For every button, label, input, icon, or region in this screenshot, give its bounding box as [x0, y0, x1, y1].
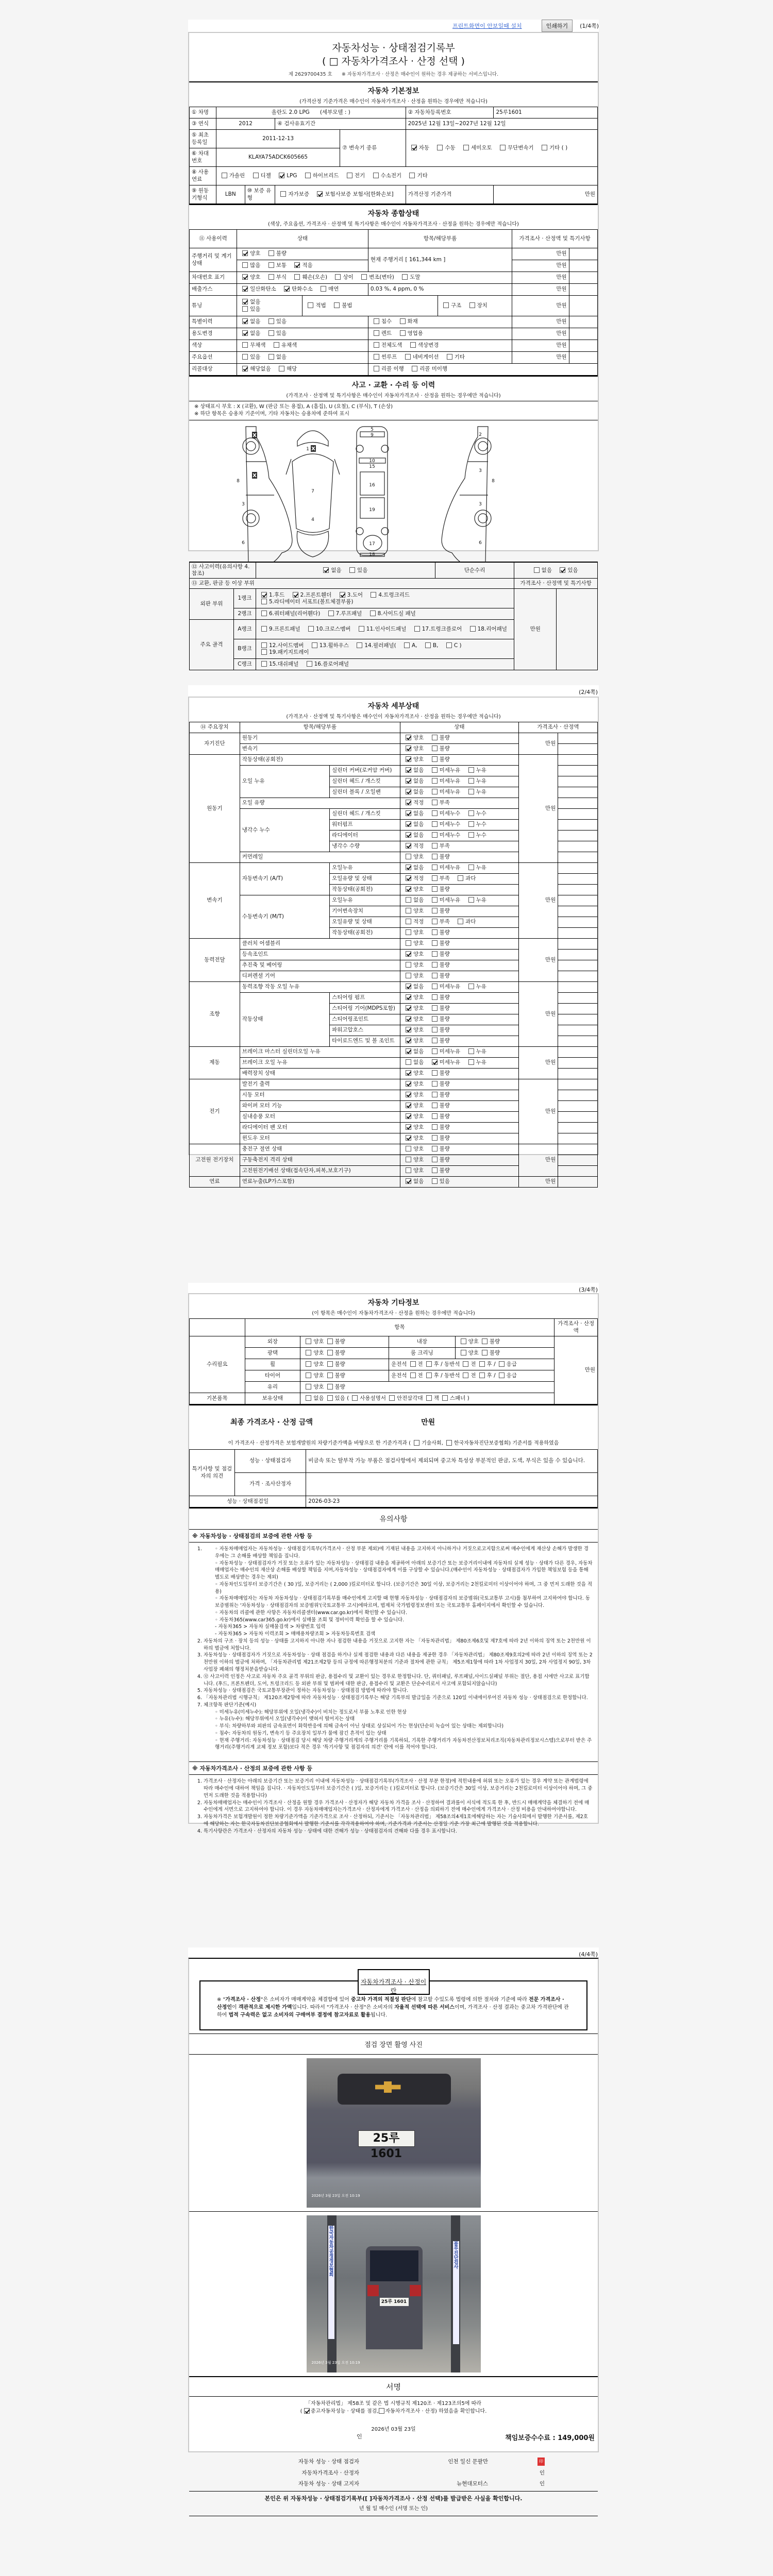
checkbox-option[interactable]: 있음: [239, 306, 297, 313]
checkbox-option[interactable]: 10.크로스멤버: [305, 626, 350, 632]
unchecked-checkbox-icon[interactable]: [371, 592, 376, 598]
checkbox-option[interactable]: 13.휠하우스: [309, 642, 349, 649]
checkbox-option[interactable]: 불량: [429, 1038, 450, 1044]
checkbox-option[interactable]: 있음: [557, 567, 578, 573]
checked-checkbox-icon[interactable]: [340, 592, 345, 598]
checkbox-option[interactable]: 양호: [402, 994, 424, 1001]
unchecked-checkbox-icon[interactable]: [432, 1124, 438, 1130]
unchecked-checkbox-icon[interactable]: [432, 854, 438, 859]
checked-checkbox-icon[interactable]: [406, 756, 411, 762]
checked-checkbox-icon[interactable]: [406, 1070, 411, 1076]
checkbox-option[interactable]: 도말: [399, 274, 420, 280]
unchecked-checkbox-icon[interactable]: [222, 173, 227, 178]
unchecked-checkbox-icon[interactable]: [432, 994, 438, 1000]
checked-checkbox-icon[interactable]: [294, 262, 300, 268]
checked-checkbox-icon[interactable]: [406, 1178, 411, 1184]
checkbox-option[interactable]: 훼손(오손): [291, 274, 327, 280]
unchecked-checkbox-icon[interactable]: [374, 366, 379, 371]
checkbox-option[interactable]: 양호: [402, 745, 424, 752]
unchecked-checkbox-icon[interactable]: [468, 984, 474, 989]
unchecked-checkbox-icon[interactable]: [321, 286, 326, 292]
checkbox-option[interactable]: 누유: [465, 984, 486, 990]
unchecked-checkbox-icon[interactable]: [402, 274, 408, 280]
unchecked-checkbox-icon[interactable]: [469, 302, 475, 308]
unchecked-checkbox-icon[interactable]: [432, 1135, 438, 1141]
checkbox-option[interactable]: 불량: [429, 756, 450, 762]
unchecked-checkbox-icon[interactable]: [437, 145, 443, 150]
unchecked-checkbox-icon[interactable]: [268, 274, 274, 280]
checkbox-option[interactable]: 없음: [265, 354, 287, 360]
checkbox-option[interactable]: 있음: [265, 330, 287, 336]
checkbox-option[interactable]: 자가보증: [277, 191, 309, 197]
unchecked-checkbox-icon[interactable]: [432, 843, 438, 849]
checkbox-option[interactable]: 1.후드: [258, 592, 284, 598]
checkbox-option[interactable]: 4.트렁크리드: [367, 592, 410, 598]
checked-checkbox-icon[interactable]: [406, 1016, 411, 1022]
unchecked-checkbox-icon[interactable]: [268, 330, 274, 336]
checkbox-option[interactable]: 양호: [402, 1167, 424, 1174]
unchecked-checkbox-icon[interactable]: [374, 318, 379, 324]
checked-checkbox-icon[interactable]: [406, 810, 411, 816]
unchecked-checkbox-icon[interactable]: [374, 330, 379, 336]
checkbox-option[interactable]: 유채색: [271, 342, 297, 348]
checked-checkbox-icon[interactable]: [242, 250, 248, 256]
checkbox-option[interactable]: 양호: [402, 1081, 424, 1087]
checkbox-option[interactable]: 썬루프: [371, 354, 397, 360]
unchecked-checkbox-icon[interactable]: [542, 145, 547, 150]
checkbox-option[interactable]: 화재: [397, 318, 418, 325]
checkbox-option[interactable]: 양호: [402, 929, 424, 936]
unchecked-checkbox-icon[interactable]: [308, 626, 314, 632]
checkbox-option[interactable]: 양호: [402, 973, 424, 979]
unchecked-checkbox-icon[interactable]: [432, 735, 438, 740]
checkbox-option[interactable]: 양호: [402, 1157, 424, 1163]
checkbox-option[interactable]: 미세누유: [429, 789, 461, 795]
unchecked-checkbox-icon[interactable]: [357, 642, 362, 648]
checkbox-option[interactable]: 수소전기: [370, 173, 402, 179]
unchecked-checkbox-icon[interactable]: [373, 173, 379, 178]
checkbox-option[interactable]: 16.플로어패널: [304, 661, 349, 667]
checkbox-option[interactable]: 누유: [465, 897, 486, 903]
checkbox-option[interactable]: 불량: [429, 745, 450, 752]
unchecked-checkbox-icon[interactable]: [458, 919, 463, 924]
checkbox-option[interactable]: 누유: [465, 789, 486, 795]
checkbox-option[interactable]: 부족: [429, 875, 450, 882]
unchecked-checkbox-icon[interactable]: [468, 810, 474, 816]
checked-checkbox-icon[interactable]: [293, 592, 298, 598]
checkbox-option[interactable]: 14.필러패널(: [354, 642, 396, 649]
unchecked-checkbox-icon[interactable]: [432, 1103, 438, 1108]
checkbox-option[interactable]: C ): [443, 642, 462, 649]
unchecked-checkbox-icon[interactable]: [242, 354, 248, 360]
checked-checkbox-icon[interactable]: [406, 1135, 411, 1141]
checkbox-option[interactable]: 8.사이드실 패널: [367, 611, 416, 617]
checkbox-option[interactable]: 없음: [402, 1059, 424, 1065]
checkbox-option[interactable]: 색상변경: [407, 342, 439, 348]
unchecked-checkbox-icon[interactable]: [432, 1070, 438, 1076]
unchecked-checkbox-icon[interactable]: [406, 1157, 411, 1162]
checkbox-option[interactable]: 19.패키지트레이: [258, 649, 309, 655]
checked-checkbox-icon[interactable]: [406, 800, 411, 805]
unchecked-checkbox-icon[interactable]: [253, 173, 259, 178]
unchecked-checkbox-icon[interactable]: [446, 642, 452, 648]
checkbox-option[interactable]: 전기: [344, 173, 365, 179]
checkbox-option[interactable]: 누유: [465, 1059, 486, 1065]
checkbox-option[interactable]: 불량: [429, 940, 450, 946]
unchecked-checkbox-icon[interactable]: [432, 940, 438, 946]
unchecked-checkbox-icon[interactable]: [406, 973, 411, 978]
checkbox-option[interactable]: 없음: [402, 821, 424, 827]
unchecked-checkbox-icon[interactable]: [359, 626, 364, 632]
unchecked-checkbox-icon[interactable]: [374, 354, 379, 360]
checked-checkbox-icon[interactable]: [406, 735, 411, 740]
checkbox-option[interactable]: 없음: [402, 1178, 424, 1184]
unchecked-checkbox-icon[interactable]: [370, 611, 376, 616]
unchecked-checkbox-icon[interactable]: [470, 626, 476, 632]
unchecked-checkbox-icon[interactable]: [432, 1048, 438, 1054]
checkbox-option[interactable]: 17.트렁크플로어: [411, 626, 462, 632]
unchecked-checkbox-icon[interactable]: [410, 342, 416, 348]
checkbox-option[interactable]: 구조: [440, 302, 461, 309]
checkbox-option[interactable]: 양호: [402, 1103, 424, 1109]
checked-checkbox-icon[interactable]: [406, 1081, 411, 1087]
unchecked-checkbox-icon[interactable]: [432, 1178, 438, 1184]
checkbox-option[interactable]: 양호: [402, 1146, 424, 1152]
checked-checkbox-icon[interactable]: [406, 745, 411, 751]
checked-checkbox-icon[interactable]: [242, 286, 248, 292]
checked-checkbox-icon[interactable]: [406, 1103, 411, 1108]
checkbox-option[interactable]: 불량: [429, 1146, 450, 1152]
checkbox-option[interactable]: 누수: [465, 810, 486, 817]
print-button[interactable]: 인쇄하기: [542, 20, 573, 32]
unchecked-checkbox-icon[interactable]: [406, 962, 411, 968]
unchecked-checkbox-icon[interactable]: [500, 145, 506, 150]
unchecked-checkbox-icon[interactable]: [432, 810, 438, 816]
unchecked-checkbox-icon[interactable]: [468, 1059, 474, 1065]
unchecked-checkbox-icon[interactable]: [312, 642, 317, 648]
unchecked-checkbox-icon[interactable]: [468, 897, 474, 903]
checkbox-option[interactable]: 7.루프패널: [325, 611, 362, 617]
unchecked-checkbox-icon[interactable]: [268, 262, 274, 268]
unchecked-checkbox-icon[interactable]: [432, 929, 438, 935]
unchecked-checkbox-icon[interactable]: [432, 1027, 438, 1032]
checked-checkbox-icon[interactable]: [406, 789, 411, 794]
unchecked-checkbox-icon[interactable]: [432, 908, 438, 913]
unchecked-checkbox-icon[interactable]: [468, 865, 474, 870]
checkbox-option[interactable]: 불량: [265, 250, 287, 257]
checkbox-option[interactable]: 양호: [402, 1016, 424, 1022]
unchecked-checkbox-icon[interactable]: [334, 302, 340, 308]
unchecked-checkbox-icon[interactable]: [432, 962, 438, 968]
checkbox-option[interactable]: 장치: [466, 302, 488, 309]
unchecked-checkbox-icon[interactable]: [534, 567, 540, 573]
checkbox-option[interactable]: 부식: [265, 274, 287, 280]
checkbox-option[interactable]: 무단변속기: [497, 145, 534, 151]
unchecked-checkbox-icon[interactable]: [374, 342, 379, 348]
unchecked-checkbox-icon[interactable]: [432, 832, 438, 838]
unchecked-checkbox-icon[interactable]: [261, 642, 267, 648]
checkbox-option[interactable]: 양호: [239, 274, 260, 280]
unchecked-checkbox-icon[interactable]: [261, 661, 267, 667]
unchecked-checkbox-icon[interactable]: [432, 1005, 438, 1011]
checkbox-option[interactable]: 불량: [429, 1092, 450, 1098]
checkbox-option[interactable]: 없음: [402, 832, 424, 838]
checkbox-option[interactable]: 영업용: [397, 330, 423, 336]
checkbox-option[interactable]: 불법: [331, 302, 352, 309]
checked-checkbox-icon[interactable]: [284, 286, 290, 292]
checkbox-option[interactable]: 불량: [429, 1103, 450, 1109]
checkbox-option[interactable]: 12.사이드멤버: [258, 642, 304, 649]
unchecked-checkbox-icon[interactable]: [432, 745, 438, 751]
checkbox-option[interactable]: 리콜 미이행: [409, 366, 447, 372]
checkbox-option[interactable]: 변조(변타): [358, 274, 394, 280]
checkbox-option[interactable]: 불량: [429, 1124, 450, 1130]
unchecked-checkbox-icon[interactable]: [432, 1157, 438, 1162]
checkbox-option[interactable]: 보통: [265, 262, 287, 268]
checkbox-option[interactable]: 없음: [402, 1048, 424, 1055]
checkbox-option[interactable]: 미세누유: [429, 767, 461, 773]
unchecked-checkbox-icon[interactable]: [414, 626, 420, 632]
checkbox-option[interactable]: 없음: [320, 567, 341, 573]
checkbox-option[interactable]: 미세누수: [429, 821, 461, 827]
unchecked-checkbox-icon[interactable]: [274, 342, 279, 348]
unchecked-checkbox-icon[interactable]: [308, 302, 313, 308]
unchecked-checkbox-icon[interactable]: [432, 919, 438, 924]
checkbox-option[interactable]: 과다: [455, 875, 476, 882]
checked-checkbox-icon[interactable]: [242, 318, 248, 324]
unchecked-checkbox-icon[interactable]: [432, 1113, 438, 1119]
checkbox-option[interactable]: 기타: [444, 354, 465, 360]
unchecked-checkbox-icon[interactable]: [432, 1167, 438, 1173]
unchecked-checkbox-icon[interactable]: [349, 567, 355, 573]
checkbox-option[interactable]: 부족: [429, 919, 450, 925]
unchecked-checkbox-icon[interactable]: [261, 626, 267, 632]
checked-checkbox-icon[interactable]: [242, 299, 248, 304]
checkbox-option[interactable]: 자동: [408, 145, 429, 151]
checkbox-option[interactable]: 없음: [402, 810, 424, 817]
checkbox-option[interactable]: 부족: [429, 800, 450, 806]
checkbox-option[interactable]: 불량: [429, 1081, 450, 1087]
checked-checkbox-icon[interactable]: [406, 1113, 411, 1119]
checkbox-option[interactable]: 6.쿼터패널(리어휀다): [258, 611, 320, 617]
checkbox-option[interactable]: 없음: [239, 299, 297, 306]
checkbox-option[interactable]: 불량: [429, 908, 450, 914]
checkbox-option[interactable]: 있음: [346, 567, 367, 573]
checkbox-option[interactable]: 누유: [465, 778, 486, 784]
unchecked-checkbox-icon[interactable]: [242, 342, 248, 348]
checkbox-option[interactable]: 디젤: [250, 173, 271, 179]
checkbox-option[interactable]: 전체도색: [371, 342, 402, 348]
checkbox-option[interactable]: 있음: [265, 318, 287, 325]
unchecked-checkbox-icon[interactable]: [432, 1146, 438, 1151]
checkbox-option[interactable]: 누유: [465, 767, 486, 773]
unchecked-checkbox-icon[interactable]: [432, 1016, 438, 1022]
checked-checkbox-icon[interactable]: [279, 173, 284, 178]
checkbox-option[interactable]: 없음: [402, 789, 424, 795]
checked-checkbox-icon[interactable]: [406, 1048, 411, 1054]
checkbox-option[interactable]: 침수: [371, 318, 392, 325]
checkbox-option[interactable]: 누유: [465, 865, 486, 871]
checked-checkbox-icon[interactable]: [406, 767, 411, 773]
checkbox-option[interactable]: 양호: [402, 1092, 424, 1098]
unchecked-checkbox-icon[interactable]: [432, 875, 438, 881]
checkbox-option[interactable]: 양호: [402, 1070, 424, 1076]
unchecked-checkbox-icon[interactable]: [335, 274, 341, 280]
checkbox-option[interactable]: 미세누유: [429, 984, 461, 990]
checkbox-option[interactable]: 적음: [291, 262, 312, 268]
unchecked-checkbox-icon[interactable]: [468, 778, 474, 784]
checkbox-option[interactable]: 세미오토: [460, 145, 492, 151]
checked-checkbox-icon[interactable]: [406, 865, 411, 870]
unchecked-checkbox-icon[interactable]: [406, 908, 411, 913]
unchecked-checkbox-icon[interactable]: [406, 929, 411, 935]
unchecked-checkbox-icon[interactable]: [261, 611, 267, 616]
checkbox-option[interactable]: 18.리어패널: [467, 626, 507, 632]
unchecked-checkbox-icon[interactable]: [242, 262, 248, 268]
unchecked-checkbox-icon[interactable]: [463, 145, 469, 150]
unchecked-checkbox-icon[interactable]: [432, 1038, 438, 1043]
checkbox-option[interactable]: 없음: [531, 567, 552, 573]
checkbox-option[interactable]: 불량: [429, 886, 450, 892]
checkbox-option[interactable]: 없음: [239, 318, 260, 325]
checkbox-option[interactable]: 없음: [402, 897, 424, 903]
checkbox-option[interactable]: 부족: [429, 843, 450, 849]
checkbox-option[interactable]: 불량: [429, 994, 450, 1001]
checkbox-option[interactable]: 불량: [429, 1005, 450, 1011]
checkbox-option[interactable]: 없음: [239, 330, 260, 336]
checkbox-option[interactable]: 보험사보증 보험사[한화손보]: [314, 191, 393, 197]
unchecked-checkbox-icon[interactable]: [432, 821, 438, 827]
checkbox-option[interactable]: 불량: [429, 962, 450, 968]
checkbox-option[interactable]: 양호: [402, 735, 424, 741]
unchecked-checkbox-icon[interactable]: [307, 661, 312, 667]
checked-checkbox-icon[interactable]: [406, 875, 411, 881]
unchecked-checkbox-icon[interactable]: [432, 897, 438, 903]
checkbox-option[interactable]: 탄화수소: [281, 286, 313, 292]
checkbox-option[interactable]: 양호: [402, 854, 424, 860]
checkbox-option[interactable]: 불량: [429, 735, 450, 741]
unchecked-checkbox-icon[interactable]: [468, 789, 474, 794]
unchecked-checkbox-icon[interactable]: [468, 832, 474, 838]
checked-checkbox-icon[interactable]: [406, 1124, 411, 1130]
checked-checkbox-icon[interactable]: [406, 951, 411, 957]
unchecked-checkbox-icon[interactable]: [458, 875, 463, 881]
checkbox-option[interactable]: 양호: [402, 962, 424, 968]
checkbox-option[interactable]: 적정: [402, 919, 424, 925]
unchecked-checkbox-icon[interactable]: [268, 318, 274, 324]
checked-checkbox-icon[interactable]: [406, 832, 411, 838]
unchecked-checkbox-icon[interactable]: [468, 767, 474, 773]
unchecked-checkbox-icon[interactable]: [432, 984, 438, 989]
checked-checkbox-icon[interactable]: [406, 1027, 411, 1032]
checkbox-option[interactable]: 불량: [429, 1113, 450, 1120]
unchecked-checkbox-icon[interactable]: [405, 354, 411, 360]
checkbox-option[interactable]: 양호: [402, 1124, 424, 1130]
checkbox-option[interactable]: 기타: [406, 173, 427, 179]
unchecked-checkbox-icon[interactable]: [432, 973, 438, 978]
checkbox-option[interactable]: 누유: [465, 1048, 486, 1055]
unchecked-checkbox-icon[interactable]: [242, 306, 248, 312]
unchecked-checkbox-icon[interactable]: [432, 756, 438, 762]
checkbox-option[interactable]: 15.대쉬패널: [258, 661, 298, 667]
checkbox-option[interactable]: LPG: [276, 173, 297, 179]
checked-checkbox-icon[interactable]: [323, 567, 329, 573]
unchecked-checkbox-icon[interactable]: [406, 1146, 411, 1151]
checkbox-option[interactable]: 무채색: [239, 342, 265, 348]
checked-checkbox-icon[interactable]: [406, 1092, 411, 1097]
checkbox-option[interactable]: 매연: [317, 286, 339, 292]
checkbox-option[interactable]: 양호: [402, 1135, 424, 1141]
checkbox-option[interactable]: 미세누수: [429, 832, 461, 838]
checkbox-option[interactable]: 렌트: [371, 330, 392, 336]
unchecked-checkbox-icon[interactable]: [280, 191, 286, 197]
checkbox-option[interactable]: 양호: [402, 756, 424, 762]
unchecked-checkbox-icon[interactable]: [400, 318, 406, 324]
checkbox-option[interactable]: 일산화탄소: [239, 286, 276, 292]
checkbox-option[interactable]: 네비게이션: [402, 354, 439, 360]
unchecked-checkbox-icon[interactable]: [468, 1048, 474, 1054]
checkbox-option[interactable]: 양호: [402, 1113, 424, 1120]
checked-checkbox-icon[interactable]: [242, 330, 248, 336]
checked-checkbox-icon[interactable]: [432, 1059, 438, 1065]
checkbox-option[interactable]: 11.인사이드패널: [356, 626, 407, 632]
checked-checkbox-icon[interactable]: [560, 567, 565, 573]
unchecked-checkbox-icon[interactable]: [268, 354, 274, 360]
checkbox-option[interactable]: 양호: [402, 951, 424, 957]
unchecked-checkbox-icon[interactable]: [443, 302, 449, 308]
checkbox-option[interactable]: 불량: [429, 1027, 450, 1033]
checkbox-option[interactable]: 해당: [276, 366, 297, 372]
unchecked-checkbox-icon[interactable]: [432, 778, 438, 784]
checkbox-option[interactable]: 미세누유: [429, 865, 461, 871]
checkbox-option[interactable]: 누수: [465, 832, 486, 838]
checkbox-option[interactable]: 미세누유: [429, 1048, 461, 1055]
unchecked-checkbox-icon[interactable]: [279, 366, 284, 371]
unchecked-checkbox-icon[interactable]: [432, 865, 438, 870]
checkbox-option[interactable]: 양호: [402, 886, 424, 892]
checkbox-option[interactable]: 불량: [429, 854, 450, 860]
checkbox-option[interactable]: 미세누유: [429, 897, 461, 903]
checkbox-option[interactable]: 불량: [429, 1070, 450, 1076]
unchecked-checkbox-icon[interactable]: [361, 274, 367, 280]
checkbox-option[interactable]: 없음: [402, 984, 424, 990]
unchecked-checkbox-icon[interactable]: [328, 611, 334, 616]
checked-checkbox-icon[interactable]: [406, 984, 411, 989]
unchecked-checkbox-icon[interactable]: [406, 940, 411, 946]
checkbox-option[interactable]: 과다: [455, 919, 476, 925]
checkbox-option[interactable]: 양호: [239, 250, 260, 257]
checkbox-option[interactable]: 불량: [429, 951, 450, 957]
checkbox-option[interactable]: 양호: [402, 940, 424, 946]
checkbox-option[interactable]: 상이: [332, 274, 353, 280]
unchecked-checkbox-icon[interactable]: [305, 173, 311, 178]
unchecked-checkbox-icon[interactable]: [432, 789, 438, 794]
install-link[interactable]: 프린트화면이 안보일때 설치: [452, 22, 522, 30]
checkbox-option[interactable]: 적정: [402, 875, 424, 882]
unchecked-checkbox-icon[interactable]: [432, 1081, 438, 1087]
unchecked-checkbox-icon[interactable]: [412, 366, 417, 371]
checkbox-option[interactable]: 양호: [402, 908, 424, 914]
checkbox-option[interactable]: 양호: [402, 1005, 424, 1011]
checked-checkbox-icon[interactable]: [406, 843, 411, 849]
checkbox-option[interactable]: 불량: [429, 1016, 450, 1022]
unchecked-checkbox-icon[interactable]: [347, 173, 352, 178]
unchecked-checkbox-icon[interactable]: [432, 1092, 438, 1097]
checkbox-option[interactable]: 적법: [305, 302, 326, 309]
checkbox-option[interactable]: 미세누유: [429, 1059, 461, 1065]
unchecked-checkbox-icon[interactable]: [406, 1059, 411, 1065]
checked-checkbox-icon[interactable]: [406, 1038, 411, 1043]
